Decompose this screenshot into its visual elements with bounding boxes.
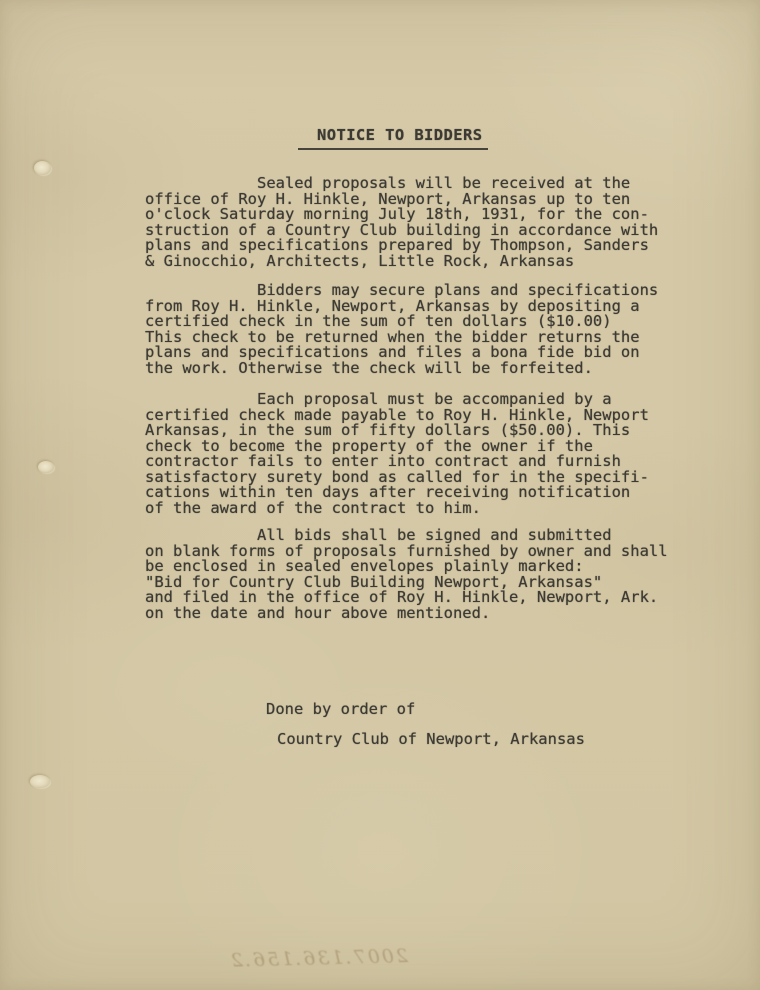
notice-paragraph-certified-check: Each proposal must be accompanied by a c… [145,392,705,516]
closing-country-club: Country Club of Newport, Arkansas [277,732,585,748]
document-title-underline: NOTICE TO BIDDERS [298,128,488,150]
punch-hole-top [34,161,51,175]
punch-hole-bottom [30,775,50,788]
notice-paragraph-bid-submission: All bids shall be signed and submitted o… [145,528,705,621]
closing-done-by-order: Done by order of [266,702,585,718]
document-title: NOTICE TO BIDDERS [317,126,482,144]
closing-block: Done by order of Country Club of Newport… [266,702,585,747]
notice-paragraph-sealed-proposals: Sealed proposals will be received at the… [145,176,705,269]
notice-paragraph-bidders-deposit: Bidders may secure plans and specificati… [145,283,705,376]
notice-body: Sealed proposals will be received at the… [145,176,705,635]
punch-hole-middle [38,461,54,473]
